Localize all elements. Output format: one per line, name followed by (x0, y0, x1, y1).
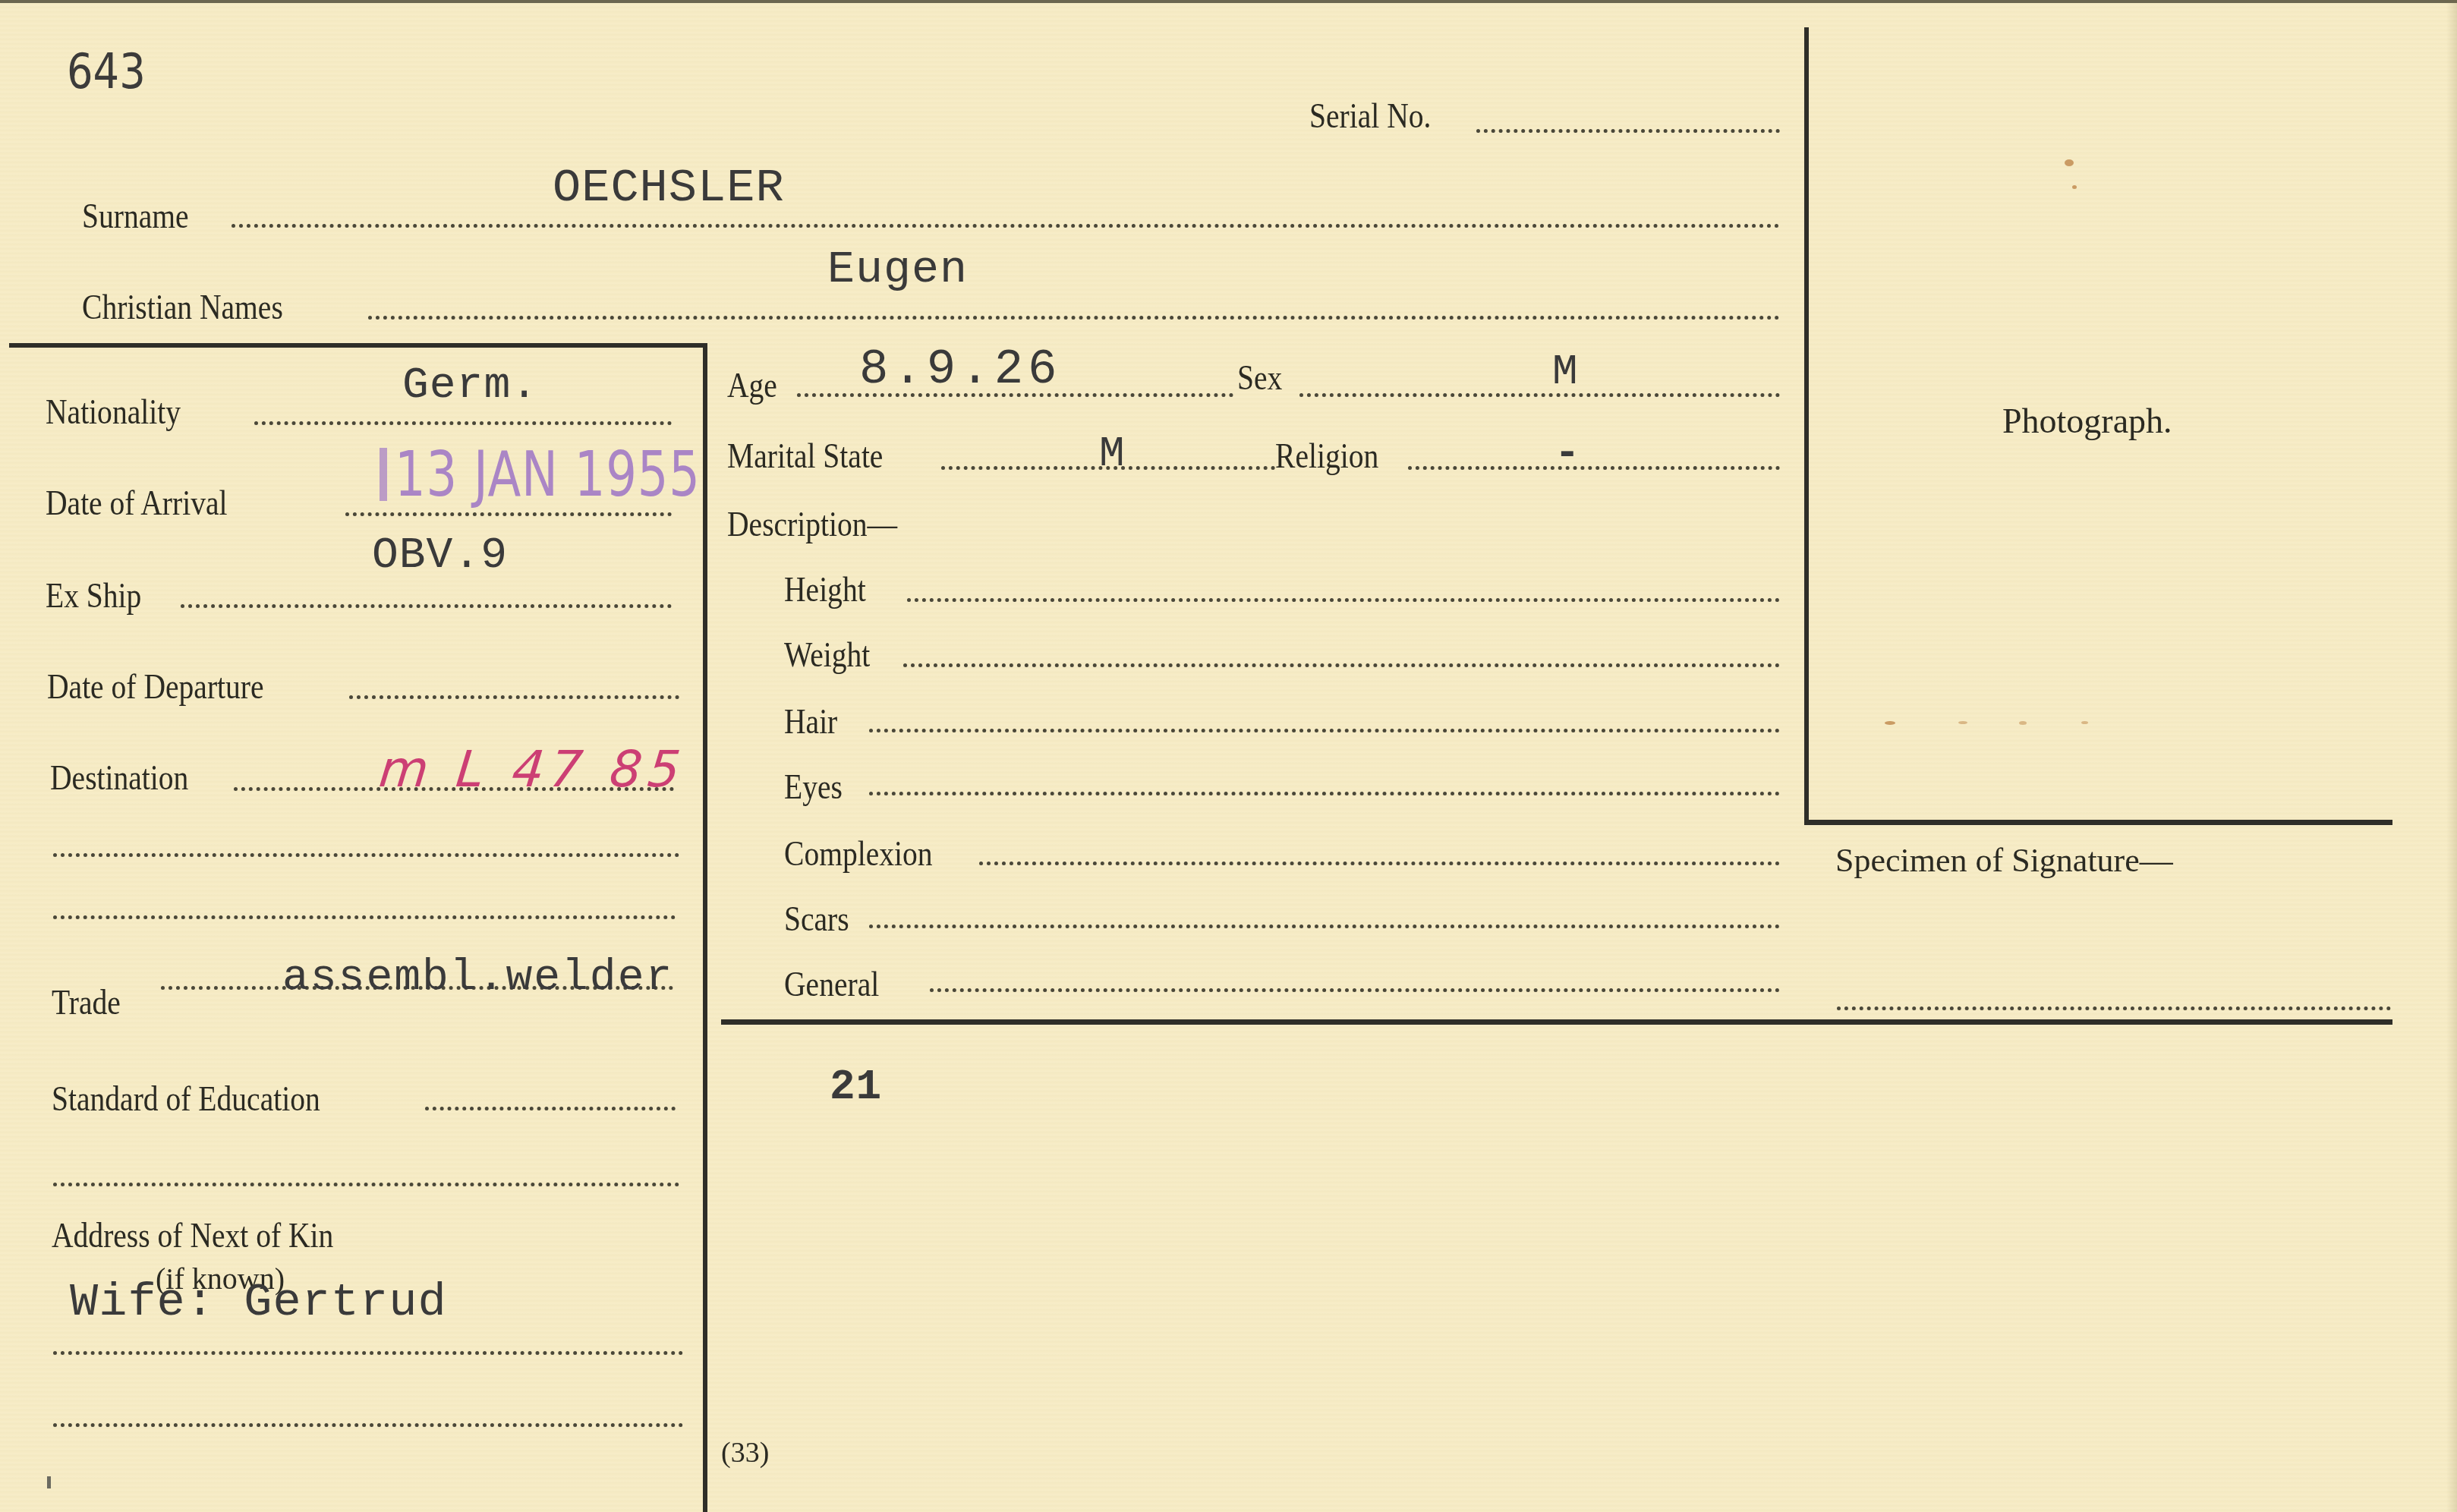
general-label: General (784, 967, 879, 1002)
left-column-divider (703, 343, 707, 1512)
christian-names-value: Eugen (827, 244, 968, 296)
general-field[interactable] (930, 988, 1780, 992)
marital-state-value: M (1099, 430, 1126, 478)
next-of-kin-line-2[interactable] (53, 1423, 683, 1427)
destination-extra-line-2[interactable] (53, 915, 676, 919)
trade-label: Trade (52, 985, 121, 1020)
age-label: Age (727, 368, 777, 403)
standard-of-education-field[interactable] (425, 1107, 676, 1110)
destination-extra-line-1[interactable] (53, 853, 679, 857)
stain-spot (1958, 721, 1967, 724)
form-number: (33) (721, 1438, 769, 1467)
surname-label: Surname (82, 199, 189, 234)
signature-field[interactable] (1837, 1006, 2391, 1010)
ex-ship-label: Ex Ship (46, 578, 141, 613)
description-label: Description— (727, 507, 897, 542)
trade-value: assembl.welder (282, 953, 673, 1003)
weight-label: Weight (784, 638, 870, 673)
destination-label: Destination (50, 761, 188, 795)
destination-value: m L 47 85 (376, 740, 689, 799)
date-of-arrival-label: Date of Arrival (46, 486, 227, 521)
card-number: 643 (67, 44, 146, 100)
stain-spot (2019, 721, 2027, 725)
height-label: Height (784, 572, 866, 607)
nationality-value: Germ. (402, 361, 538, 411)
standard-of-education-extra-line[interactable] (53, 1183, 679, 1186)
serial-no-field[interactable] (1476, 129, 1780, 133)
complexion-field[interactable] (979, 862, 1780, 865)
stamp-mark (380, 448, 387, 501)
photo-box-left-rule (1804, 27, 1809, 824)
next-of-kin-label: Address of Next of Kin (52, 1218, 333, 1253)
weight-field[interactable] (903, 663, 1780, 667)
eyes-field[interactable] (869, 792, 1780, 795)
stain-spot (2072, 185, 2077, 189)
description-bottom-rule (721, 1019, 2392, 1025)
date-of-arrival-field[interactable] (345, 512, 672, 516)
photograph-area[interactable] (1822, 30, 2391, 816)
surname-field[interactable] (232, 224, 1780, 228)
scars-field[interactable] (869, 925, 1780, 928)
surname-value: OECHSLER (553, 161, 785, 215)
religion-field[interactable] (1408, 466, 1780, 470)
eyes-label: Eyes (784, 770, 843, 805)
sex-label: Sex (1237, 361, 1282, 395)
hair-field[interactable] (869, 729, 1780, 732)
standard-of-education-label: Standard of Education (52, 1082, 320, 1117)
stain-spot (2065, 159, 2074, 166)
next-of-kin-line-1[interactable] (53, 1351, 683, 1355)
christian-names-label: Christian Names (82, 290, 283, 325)
nationality-label: Nationality (46, 395, 181, 430)
stain-spot (2081, 721, 2088, 724)
sex-value: M (1552, 348, 1579, 396)
photo-box-bottom-rule (1804, 820, 2392, 825)
next-of-kin-value: Wife: Gertrud (70, 1275, 447, 1329)
christian-names-field[interactable] (368, 316, 1780, 320)
sex-field[interactable] (1299, 393, 1780, 397)
date-of-arrival-stamp: 13 JAN 1955 (395, 439, 701, 511)
religion-label: Religion (1275, 439, 1378, 474)
stain-spot (1885, 721, 1895, 725)
signature-label: Specimen of Signature— (1835, 841, 2173, 880)
complexion-label: Complexion (784, 836, 933, 871)
date-of-departure-field[interactable] (349, 695, 679, 699)
age-value: 8.9.26 (859, 343, 1061, 398)
date-of-departure-label: Date of Departure (47, 669, 264, 704)
hair-label: Hair (784, 704, 837, 739)
paper-mark (47, 1476, 51, 1488)
ex-ship-field[interactable] (181, 604, 672, 608)
marital-state-label: Marital State (727, 439, 883, 474)
bottom-note: 21 (830, 1063, 882, 1111)
ex-ship-value: OBV.9 (372, 531, 508, 581)
left-box-top-rule (9, 343, 707, 348)
nationality-field[interactable] (254, 421, 672, 425)
registration-card: 643 Serial No. Surname OECHSLER Christia… (0, 0, 2457, 1512)
serial-no-label: Serial No. (1309, 99, 1431, 134)
scars-label: Scars (784, 902, 849, 937)
religion-value: - (1555, 429, 1581, 477)
height-field[interactable] (907, 598, 1780, 602)
